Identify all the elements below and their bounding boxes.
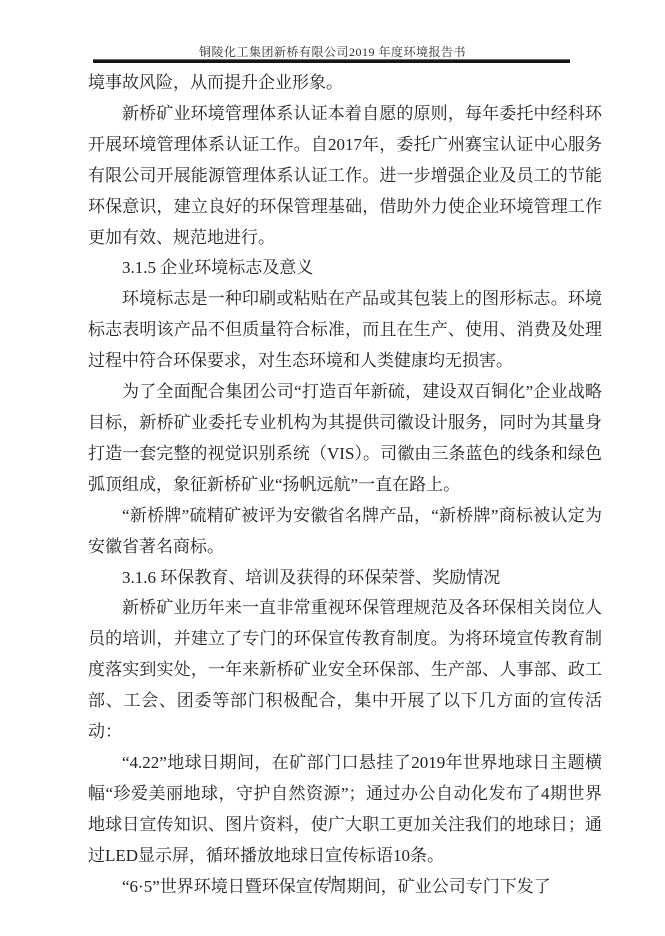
footer-page-number: - 11 - bbox=[0, 872, 665, 887]
section-heading: 3.1.5 企业环境标志及意义 bbox=[88, 253, 602, 284]
paragraph: 环境标志是一种印刷或粘贴在产品或其包装上的图形标志。环境标志表明该产品不但质量符… bbox=[88, 284, 602, 377]
paragraph: “新桥牌”硫精矿被评为安徽省名牌产品，“新桥牌”商标被认定为安徽省著名商标。 bbox=[88, 501, 602, 563]
page-header-title: 铜陵化工集团新桥有限公司2019 年度环境报告书 bbox=[0, 43, 665, 60]
paragraph: 境事故风险，从而提升企业形象。 bbox=[88, 68, 602, 99]
document-body: 境事故风险，从而提升企业形象。新桥矿业环境管理体系认证本着自愿的原则，每年委托中… bbox=[88, 68, 602, 902]
paragraph: “4.22”地球日期间，在矿部门口悬挂了2019年世界地球日主题横幅“珍爱美丽地… bbox=[88, 748, 602, 872]
paragraph: 新桥矿业环境管理体系认证本着自愿的原则，每年委托中经科环开展环境管理体系认证工作… bbox=[88, 99, 602, 254]
paragraph: 新桥矿业历年来一直非常重视环保管理规范及各环保相关岗位人员的培训，并建立了专门的… bbox=[88, 593, 602, 748]
paragraph: 为了全面配合集团公司“打造百年新硫，建设双百铜化”企业战略目标，新桥矿业委托专业… bbox=[88, 377, 602, 501]
report-page: 铜陵化工集团新桥有限公司2019 年度环境报告书 境事故风险，从而提升企业形象。… bbox=[0, 0, 665, 936]
header-rule bbox=[93, 59, 570, 63]
section-heading: 3.1.6 环保教育、培训及获得的环保荣誉、奖励情况 bbox=[88, 563, 602, 594]
